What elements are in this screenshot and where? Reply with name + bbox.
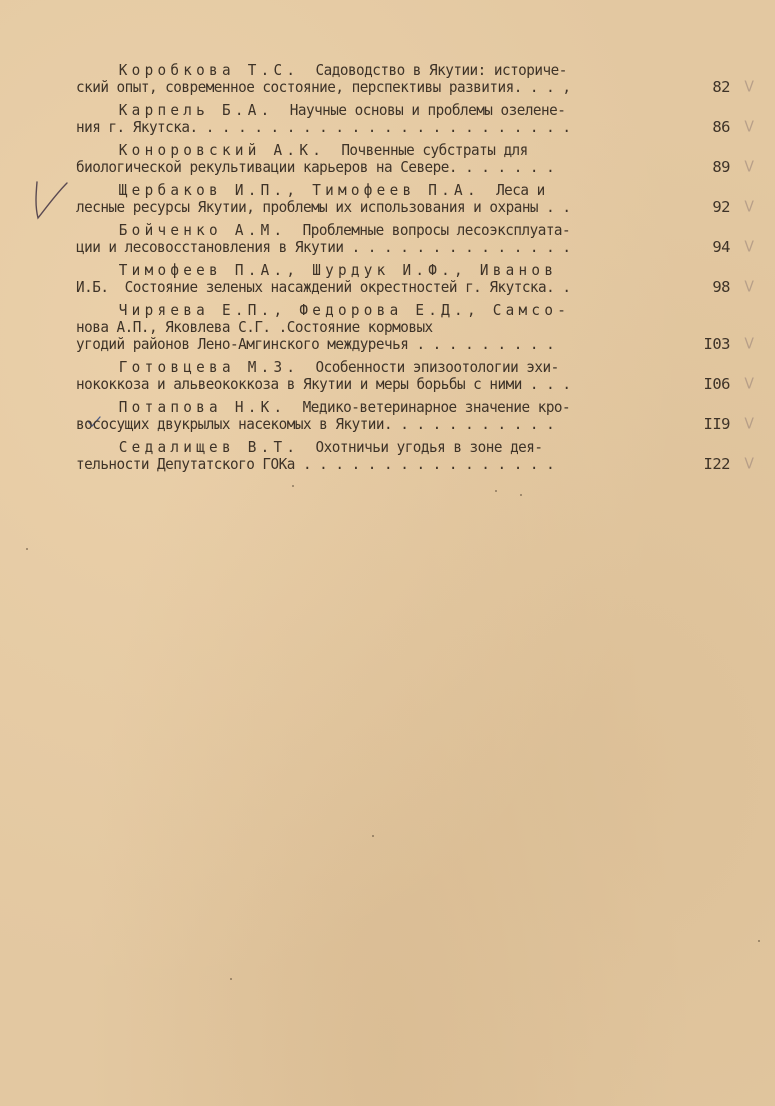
entry-title-cont: И.Б. Состояние зеленых насаждений окрест… xyxy=(76,279,690,296)
paper-speck xyxy=(495,490,497,492)
entry-author: Готовцева М.З. xyxy=(119,358,300,376)
pencil-check-icon: V xyxy=(744,455,754,473)
pencil-check-icon: V xyxy=(744,198,754,216)
page-number: 89 xyxy=(712,159,730,176)
entry-author: Карпель Б.А. xyxy=(119,101,274,119)
toc-entry: Щербаков И.П., Тимофеев П.А. Леса и лесн… xyxy=(76,182,736,216)
entry-author: Бойченко А.М. xyxy=(119,221,287,239)
toc-entry: Коробкова Т.С. Садоводство в Якутии: ист… xyxy=(76,62,736,96)
entry-title: Охотничьи угодья в зоне дея- xyxy=(316,438,543,456)
entry-author: Седалищев В.Т. xyxy=(119,438,300,456)
pencil-check-icon: V xyxy=(744,335,754,353)
paper-speck xyxy=(26,548,28,550)
document-page: Коробкова Т.С. Садоводство в Якутии: ист… xyxy=(0,0,775,1106)
entry-title: Проблемные вопросы лесоэксплуата- xyxy=(303,221,571,239)
entry-title: Медико-ветеринарное значение кро- xyxy=(303,398,571,416)
page-number: I22 xyxy=(704,456,731,473)
toc-entry: Потапова Н.К. Медико-ветеринарное значен… xyxy=(76,399,736,433)
entry-title-cont: ции и лесовосстановления в Якутии . . . … xyxy=(76,239,690,256)
entry-title: Почвенные субстраты для xyxy=(341,141,527,159)
paper-speck xyxy=(372,835,374,837)
page-number: 82 xyxy=(712,79,730,96)
page-number: 94 xyxy=(712,239,730,256)
pencil-check-icon: V xyxy=(744,238,754,256)
toc-entry: Готовцева М.З. Особенности эпизоотологии… xyxy=(76,359,736,393)
entry-title-cont: нококкоза и альвеококкоза в Якутии и мер… xyxy=(76,376,690,393)
paper-speck xyxy=(520,494,522,496)
toc-entry: Бойченко А.М. Проблемные вопросы лесоэкс… xyxy=(76,222,736,256)
entry-author: Потапова Н.К. xyxy=(119,398,287,416)
entry-title-cont: нова А.П., Яковлева С.Г. .Состояние корм… xyxy=(76,319,690,336)
entry-title: Садоводство в Якутии: историче- xyxy=(316,61,567,79)
page-number: 86 xyxy=(712,119,730,136)
toc-entry: Тимофеев П.А., Шурдук И.Ф., Иванов И.Б. … xyxy=(76,262,736,296)
pencil-check-icon: V xyxy=(744,118,754,136)
pencil-check-icon: V xyxy=(744,158,754,176)
entry-title-cont: угодий районов Лено-Амгинского междуречь… xyxy=(76,336,690,353)
page-number: I06 xyxy=(704,376,731,393)
entry-title-cont: тельности Депутатского ГОКа . . . . . . … xyxy=(76,456,690,473)
paper-speck xyxy=(758,940,760,942)
pencil-check-icon: V xyxy=(744,78,754,96)
entry-title-cont: вососущих двукрылых насекомых в Якутии. … xyxy=(76,416,690,433)
entry-author: Чиряева Е.П., Федорова Е.Д., Самсо- xyxy=(119,301,570,319)
pencil-check-icon: V xyxy=(744,415,754,433)
entry-title: Особенности эпизоотологии эхи- xyxy=(316,358,559,376)
paper-speck xyxy=(230,978,232,980)
entry-author: Коробкова Т.С. xyxy=(119,61,300,79)
pencil-check-icon: V xyxy=(744,375,754,393)
entry-title: Научные основы и проблемы озелене- xyxy=(290,101,566,119)
entry-title-cont: ский опыт, современное состояние, перспе… xyxy=(76,79,690,96)
page-number: 92 xyxy=(712,199,730,216)
entry-title-cont: ния г. Якутска. . . . . . . . . . . . . … xyxy=(76,119,690,136)
pencil-check-icon: V xyxy=(744,278,754,296)
table-of-contents: Коробкова Т.С. Садоводство в Якутии: ист… xyxy=(76,62,736,479)
entry-author: Тимофеев П.А., Шурдук И.Ф., Иванов xyxy=(119,261,557,279)
handwritten-check-icon xyxy=(34,180,68,220)
paper-speck xyxy=(292,485,294,487)
toc-entry: Карпель Б.А. Научные основы и проблемы о… xyxy=(76,102,736,136)
entry-title: Леса и xyxy=(496,181,545,199)
toc-entry: Коноровский А.К. Почвенные субстраты для… xyxy=(76,142,736,176)
page-number: 98 xyxy=(712,279,730,296)
entry-title-cont: лесные ресурсы Якутии, проблемы их испол… xyxy=(76,199,690,216)
page-number: I03 xyxy=(704,336,731,353)
toc-entry: Седалищев В.Т. Охотничьи угодья в зоне д… xyxy=(76,439,736,473)
toc-entry: Чиряева Е.П., Федорова Е.Д., Самсо- нова… xyxy=(76,302,736,353)
entry-author: Коноровский А.К. xyxy=(119,141,325,159)
page-number: II9 xyxy=(704,416,731,433)
entry-title-cont: биологической рекультивации карьеров на … xyxy=(76,159,690,176)
entry-author: Щербаков И.П., Тимофеев П.А. xyxy=(119,181,480,199)
